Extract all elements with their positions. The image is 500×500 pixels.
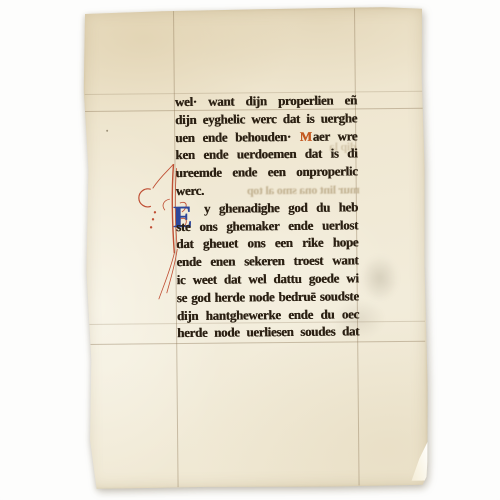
text-line-12: se god herde node bedruē soudste: [177, 288, 359, 308]
text-block: wel· want dijn properlien eñ dijn eyghel…: [82, 7, 424, 10]
text-line-11: ic weet dat wel dattu goede wi: [177, 270, 359, 290]
line3-post: aer wre: [313, 128, 358, 143]
text-line-1: wel· want dijn properlien eñ: [175, 92, 357, 112]
rubric-initial-M: M: [299, 129, 313, 144]
text-line-9: dat gheuet ons een rike hope: [176, 234, 358, 254]
text-line-14: herde node uerliesen soudes dat: [177, 323, 359, 343]
ink-speck: [106, 130, 108, 132]
text-line-5: ureemde ende een onproperlic: [175, 163, 357, 183]
text-line-6: werc.: [176, 181, 358, 201]
verso-showthrough-smudge: [360, 255, 398, 301]
manuscript-leaf: mur lint ona smo al top dip la: [82, 7, 429, 490]
text-line-10: ende enen sekeren troest want: [176, 252, 358, 272]
photo-background: mur lint ona smo al top dip la: [0, 0, 500, 500]
text-line-7: y ghenadighe god du heb: [204, 199, 358, 218]
corner-curl: [408, 441, 428, 481]
text-line-2: dijn eyghelic werc dat is uerghe: [175, 110, 357, 130]
line3-pre: uen ende behouden·: [175, 129, 291, 145]
leaf-shadow: mur lint ona smo al top dip la: [0, 0, 500, 500]
text-line-4: ken ende uerdoemen dat is di: [175, 145, 357, 165]
